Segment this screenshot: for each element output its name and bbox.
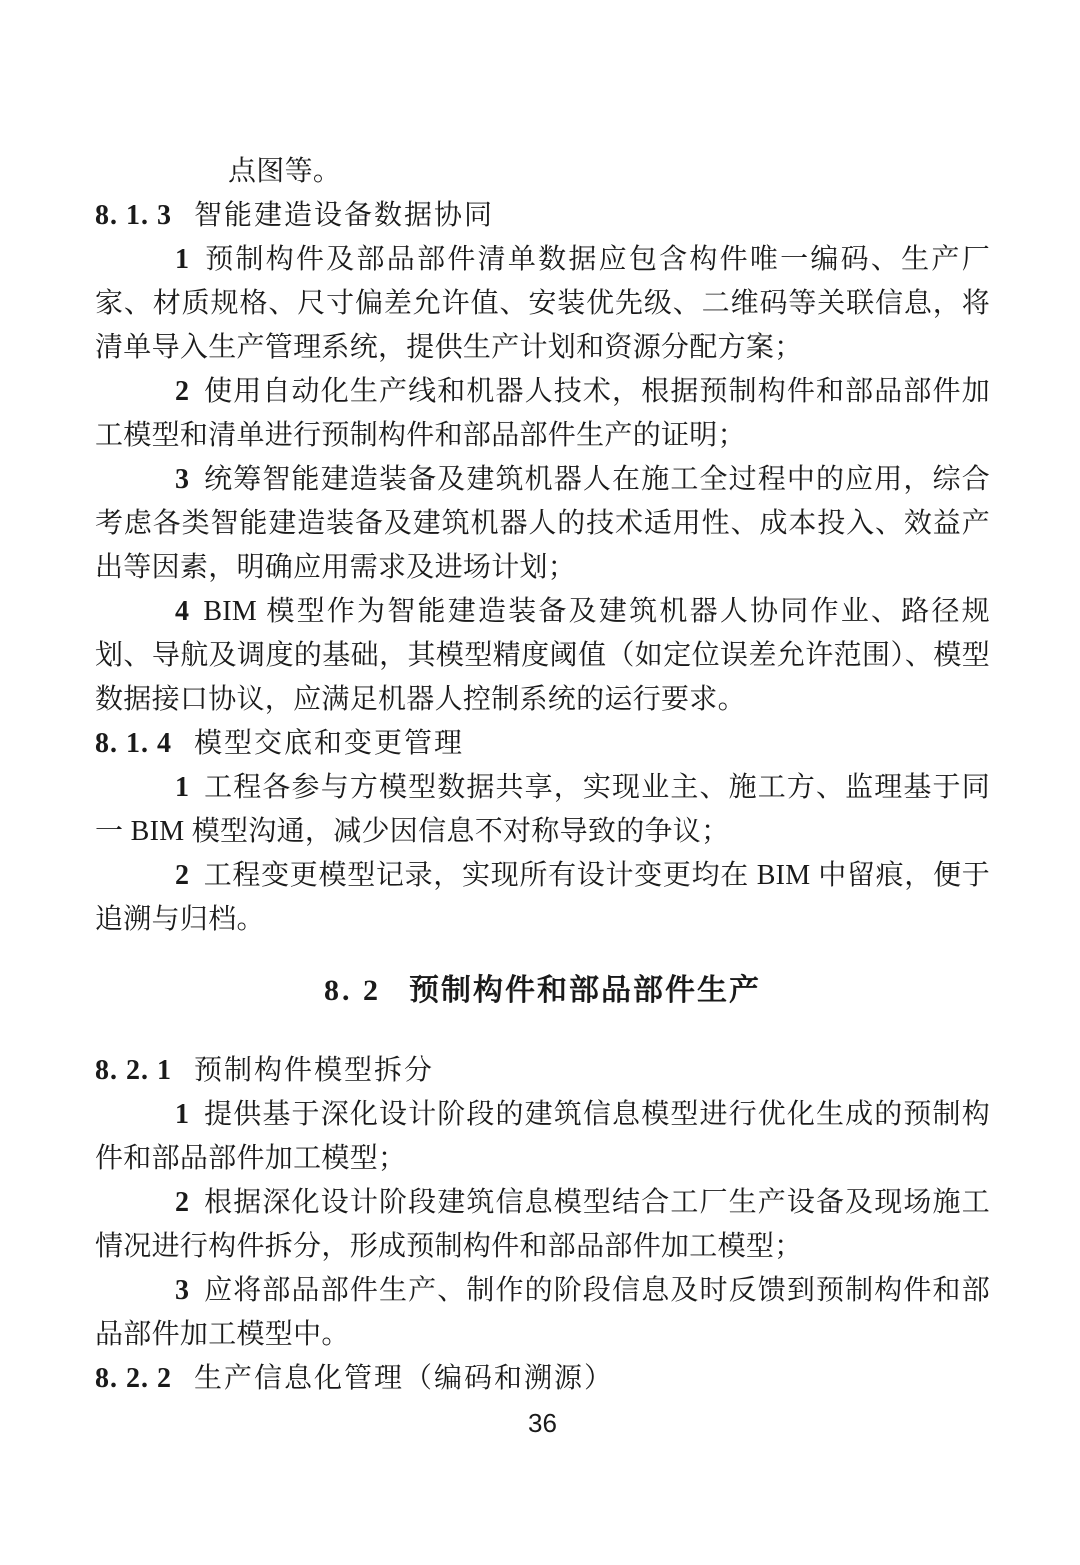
document-body: 点图等。 8. 1. 3智能建造设备数据协同 1预制构件及部品部件清单数据应包含… (0, 0, 1080, 1443)
clause-heading-8-2-2: 8. 2. 2生产信息化管理（编码和溯源） (95, 1357, 990, 1401)
item-text: 应将部品部件生产、制作的阶段信息及时反馈到预制构件和部品部件加工模型中。 (95, 1275, 990, 1350)
item-text: BIM 模型作为智能建造装备及建筑机器人协同作业、路径规划、导航及调度的基础，其… (95, 596, 990, 715)
clause-title: 模型交底和变更管理 (194, 728, 464, 759)
section-title: 预制构件和部品部件生产 (409, 974, 761, 1007)
list-item-8-1-4-2: 2工程变更模型记录，实现所有设计变更均在 BIM 中留痕，便于追溯与归档。 (95, 854, 990, 942)
list-item-8-1-3-4: 4BIM 模型作为智能建造装备及建筑机器人协同作业、路径规划、导航及调度的基础，… (95, 590, 990, 722)
item-text: 统筹智能建造装备及建筑机器人在施工全过程中的应用，综合考虑各类智能建造装备及建筑… (95, 464, 990, 583)
page-number: 36 (95, 1403, 990, 1443)
list-item-8-1-3-2: 2使用自动化生产线和机器人技术，根据预制构件和部品部件加工模型和清单进行预制构件… (95, 370, 990, 458)
item-text: 预制构件及部品部件清单数据应包含构件唯一编码、生产厂家、材质规格、尺寸偏差允许值… (95, 244, 990, 363)
clause-number: 8. 1. 4 (95, 728, 172, 759)
item-number: 2 (175, 860, 189, 891)
list-item-8-2-1-2: 2根据深化设计阶段建筑信息模型结合工厂生产设备及现场施工情况进行构件拆分，形成预… (95, 1181, 990, 1269)
clause-number: 8. 1. 3 (95, 200, 172, 231)
clause-number: 8. 2. 2 (95, 1363, 172, 1394)
item-text: 工程各参与方模型数据共享，实现业主、施工方、监理基于同一 BIM 模型沟通，减少… (95, 772, 990, 847)
item-text: 提供基于深化设计阶段的建筑信息模型进行优化生成的预制构件和部品部件加工模型； (95, 1099, 990, 1174)
list-item-8-1-3-1: 1预制构件及部品部件清单数据应包含构件唯一编码、生产厂家、材质规格、尺寸偏差允许… (95, 238, 990, 370)
carryover-line: 点图等。 (95, 150, 990, 194)
clause-title: 生产信息化管理（编码和溯源） (194, 1363, 614, 1394)
item-number: 1 (175, 772, 189, 803)
item-number: 2 (175, 1187, 189, 1218)
section-number: 8. 2 (324, 974, 381, 1007)
list-item-8-1-3-3: 3统筹智能建造装备及建筑机器人在施工全过程中的应用，综合考虑各类智能建造装备及建… (95, 458, 990, 590)
item-text: 根据深化设计阶段建筑信息模型结合工厂生产设备及现场施工情况进行构件拆分，形成预制… (95, 1187, 990, 1262)
item-number: 4 (175, 596, 189, 627)
item-number: 1 (175, 1099, 189, 1130)
item-text: 使用自动化生产线和机器人技术，根据预制构件和部品部件加工模型和清单进行预制构件和… (95, 376, 990, 451)
clause-title: 预制构件模型拆分 (194, 1055, 434, 1086)
list-item-8-2-1-1: 1提供基于深化设计阶段的建筑信息模型进行优化生成的预制构件和部品部件加工模型； (95, 1093, 990, 1181)
item-number: 2 (175, 376, 189, 407)
item-number: 1 (175, 244, 189, 275)
section-heading-8-2: 8. 2预制构件和部品部件生产 (95, 969, 990, 1013)
clause-heading-8-1-4: 8. 1. 4模型交底和变更管理 (95, 722, 990, 766)
clause-heading-8-2-1: 8. 2. 1预制构件模型拆分 (95, 1049, 990, 1093)
document-page: 点图等。 8. 1. 3智能建造设备数据协同 1预制构件及部品部件清单数据应包含… (0, 0, 1080, 1565)
item-text: 工程变更模型记录，实现所有设计变更均在 BIM 中留痕，便于追溯与归档。 (95, 860, 990, 935)
clause-title: 智能建造设备数据协同 (194, 200, 494, 231)
clause-heading-8-1-3: 8. 1. 3智能建造设备数据协同 (95, 194, 990, 238)
item-number: 3 (175, 464, 189, 495)
list-item-8-1-4-1: 1工程各参与方模型数据共享，实现业主、施工方、监理基于同一 BIM 模型沟通，减… (95, 766, 990, 854)
clause-number: 8. 2. 1 (95, 1055, 172, 1086)
item-number: 3 (175, 1275, 189, 1306)
list-item-8-2-1-3: 3应将部品部件生产、制作的阶段信息及时反馈到预制构件和部品部件加工模型中。 (95, 1269, 990, 1357)
